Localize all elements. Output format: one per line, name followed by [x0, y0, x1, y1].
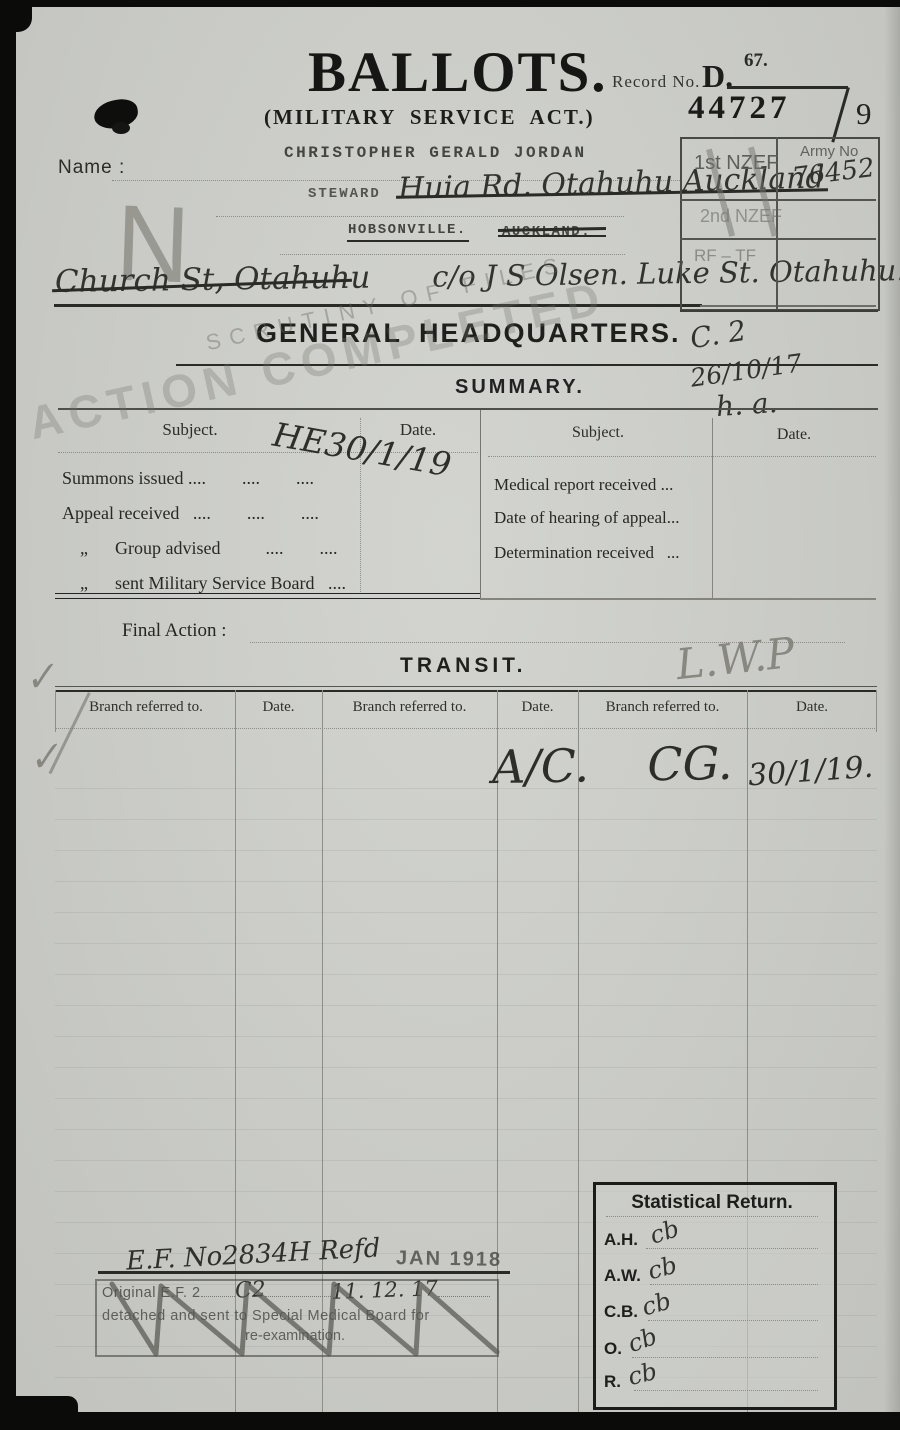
transit-header-rule	[55, 714, 877, 729]
stat-row-rule-4	[634, 1378, 818, 1391]
stat-row-label-0: A.H.	[604, 1230, 638, 1250]
summary-row-left-0: Summons issued .... .... ....	[62, 468, 314, 489]
typed-place-underline	[347, 240, 469, 242]
statistical-title-rule	[606, 1204, 818, 1217]
scan-edge-left	[0, 0, 16, 1430]
record-numerator: 67.	[744, 50, 768, 72]
nzef-row3-label: RF – TF	[694, 246, 756, 266]
transit-left-edge	[55, 690, 56, 732]
transit-top-rule-2	[55, 690, 877, 692]
pencil-check-1: ✓	[20, 653, 59, 702]
pencil-zigzag-cancellation	[90, 1274, 510, 1364]
hw-c2: C. 2	[688, 314, 749, 355]
summary-row-left-2: „ Group advised .... ....	[62, 538, 337, 559]
typed-district-struck: AUCKLAND.	[502, 224, 591, 240]
transit-top-rule-1	[55, 686, 877, 687]
nzef-box-bottom-double	[680, 310, 878, 312]
record-fraction-line	[727, 86, 848, 89]
scan-edge-right-shade	[884, 0, 900, 1430]
final-action-label: Final Action :	[122, 620, 227, 642]
summary-row-left-1: Appeal received .... .... ....	[62, 503, 319, 524]
summary-header-subject-right: Subject.	[490, 424, 706, 442]
transit-right-edge	[876, 690, 877, 732]
summary-bottom-heavy	[55, 593, 480, 599]
record-slash	[831, 87, 850, 143]
transit-title: TRANSIT.	[400, 654, 527, 678]
stat-row-label-2: C.B.	[604, 1302, 638, 1322]
typed-occupation: STEWARD	[308, 186, 381, 202]
district-strike-2	[498, 235, 606, 237]
nzef-h-divider-2	[680, 238, 876, 240]
summary-header-rule-right	[488, 442, 876, 457]
summary-row-right-0: Medical report received ...	[494, 475, 673, 495]
gh-hw-date: 26/10/17	[689, 348, 804, 392]
scan-edge-top	[0, 0, 900, 7]
typed-name: CHRISTOPHER GERALD JORDAN	[284, 144, 587, 162]
page-subtitle: (MILITARY SERVICE ACT.)	[264, 105, 595, 130]
typed-place: HOBSONVILLE.	[348, 222, 467, 238]
record-no-label: Record No.	[612, 72, 700, 92]
summary-title: SUMMARY.	[455, 376, 585, 399]
stat-row-label-4: R.	[604, 1372, 621, 1392]
page-title: BALLOTS.	[308, 40, 608, 105]
summary-row-right-2: Determination received ...	[494, 543, 680, 563]
summary-divider-center	[480, 410, 481, 600]
stat-row-label-3: O.	[604, 1339, 622, 1359]
date-stamp-jan-1918: JAN 1918	[396, 1247, 502, 1272]
nzef-h-divider-1	[680, 199, 876, 201]
scan-edge-bottom	[0, 1412, 900, 1430]
scanned-ballot-form: BALLOTS. Record No. D. 67. 44727 9 (MILI…	[0, 0, 900, 1430]
record-suffix: 9	[856, 96, 872, 132]
scan-edge-corner-bl	[0, 1396, 78, 1430]
gh-hw-initials: h. a.	[715, 386, 779, 423]
transit-entry-branch: A/C. CG.	[492, 736, 733, 794]
summary-row-left-3: „ sent Military Service Board ....	[62, 573, 346, 594]
summary-row-right-1: Date of hearing of appeal...	[494, 508, 680, 528]
stat-row-label-1: A.W.	[604, 1266, 641, 1286]
record-number: 44727	[688, 90, 791, 127]
scan-edge-corner	[0, 0, 32, 32]
summary-bottom-light	[480, 598, 876, 600]
ink-blot-small	[112, 122, 130, 134]
stat-row-rule-2	[648, 1308, 818, 1321]
